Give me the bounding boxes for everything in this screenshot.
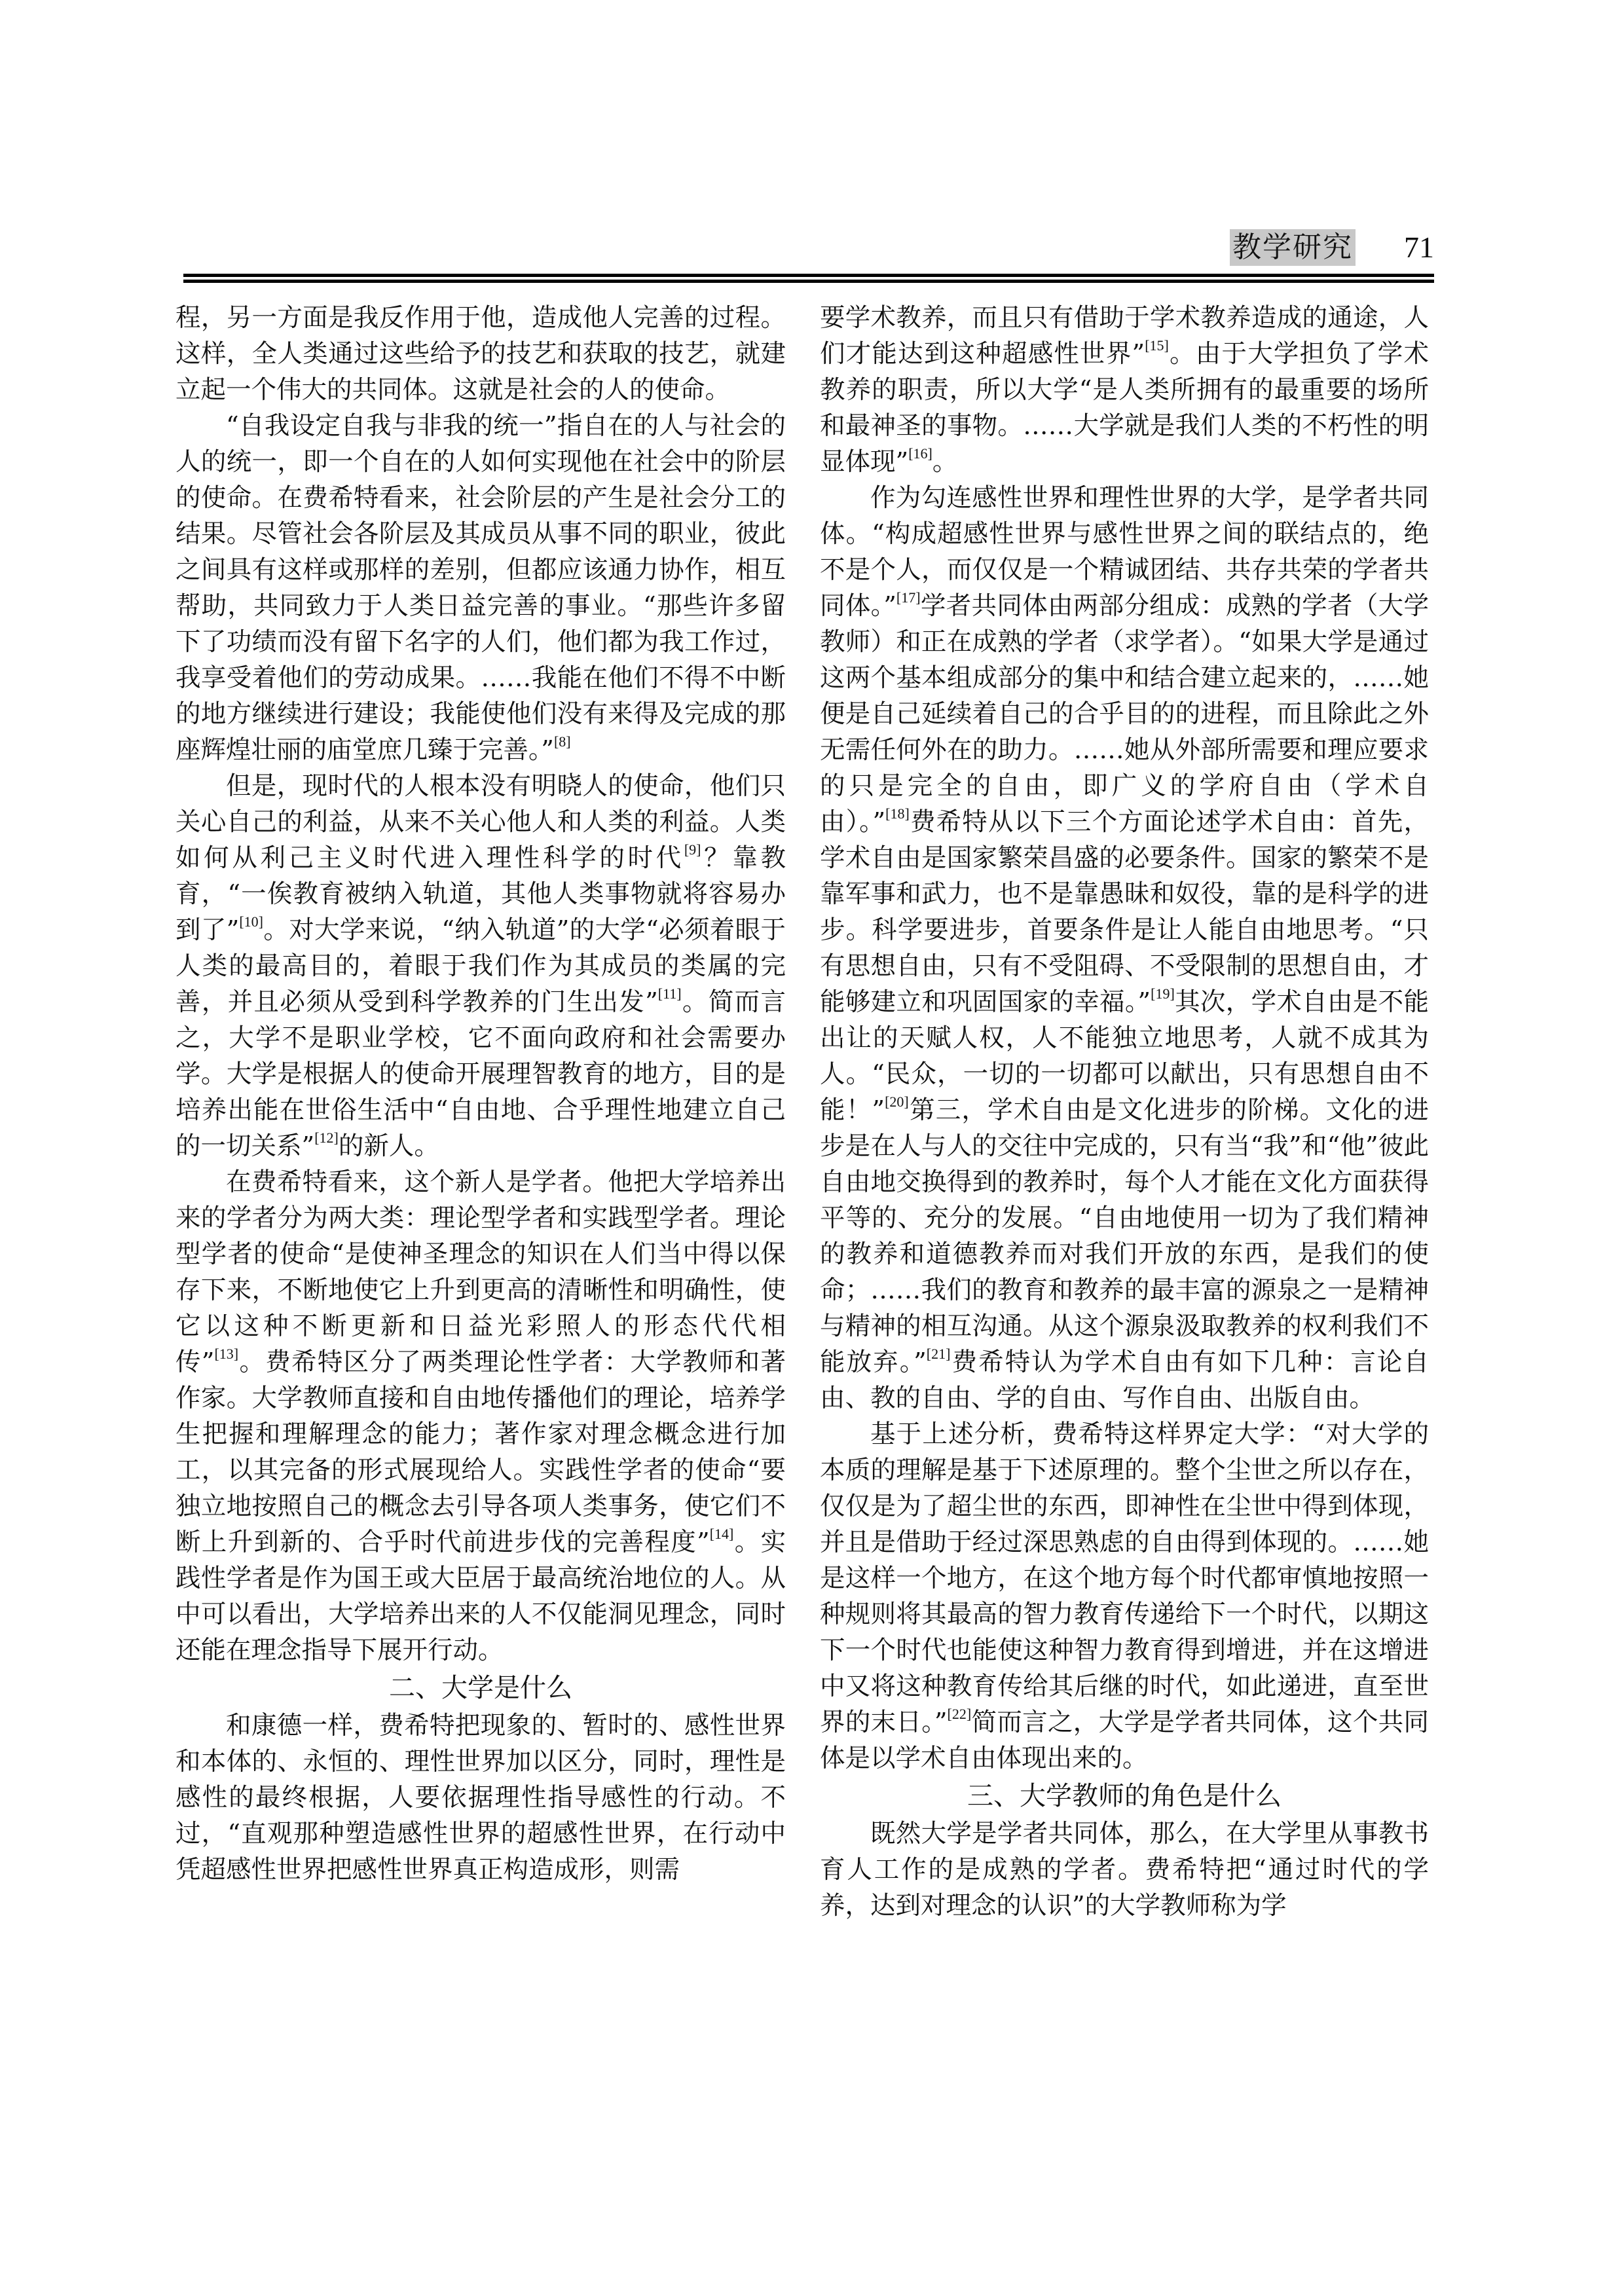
- paragraph: 在费希特看来，这个新人是学者。他把大学培养出来的学者分为两大类：理论型学者和实践…: [175, 1164, 786, 1668]
- section-heading: 二、大学是什么: [175, 1668, 786, 1708]
- citation-ref: [16]: [908, 445, 932, 462]
- paragraph: 基于上述分析，费希特这样界定大学：“对大学的本质的理解是基于下述原理的。整个尘世…: [820, 1416, 1429, 1776]
- citation-ref: [8]: [554, 733, 571, 750]
- page-header: 教学研究 71: [183, 226, 1434, 285]
- right-column: 要学术教养，而且只有借助于学术教养造成的通途，人们才能达到这种超感性世界”[15…: [820, 300, 1429, 1924]
- citation-ref: [13]: [214, 1346, 238, 1362]
- citation-ref: [19]: [1151, 985, 1175, 1002]
- citation-ref: [12]: [314, 1129, 339, 1146]
- paragraph: 既然大学是学者共同体，那么，在大学里从事教书育人工作的是成熟的学者。费希特把“通…: [820, 1816, 1429, 1924]
- header-rule-top: [183, 274, 1434, 277]
- citation-ref: [20]: [885, 1093, 909, 1110]
- citation-ref: [15]: [1145, 337, 1169, 354]
- citation-ref: [9]: [684, 841, 701, 858]
- paragraph: 和康德一样，费希特把现象的、暂时的、感性世界和本体的、永恒的、理性世界加以区分，…: [175, 1708, 786, 1888]
- citation-ref: [10]: [239, 913, 263, 930]
- citation-ref: [22]: [948, 1706, 972, 1722]
- section-heading: 三、大学教师的角色是什么: [820, 1776, 1429, 1816]
- paragraph: 要学术教养，而且只有借助于学术教养造成的通途，人们才能达到这种超感性世界”[15…: [820, 300, 1429, 480]
- header-rule-bottom: [183, 280, 1434, 283]
- paragraph: 程，另一方面是我反作用于他，造成他人完善的过程。这样，全人类通过这些给予的技艺和…: [175, 300, 786, 408]
- left-column: 程，另一方面是我反作用于他，造成他人完善的过程。这样，全人类通过这些给予的技艺和…: [175, 300, 786, 1888]
- section-label: 教学研究: [1230, 229, 1356, 266]
- paragraph: 但是，现时代的人根本没有明晓人的使命，他们只关心自己的利益，从来不关心他人和人类…: [175, 768, 786, 1164]
- page-number: 71: [1404, 229, 1434, 266]
- paragraph: “自我设定自我与非我的统一”指自在的人与社会的人的统一，即一个自在的人如何实现他…: [175, 408, 786, 768]
- citation-ref: [21]: [927, 1346, 951, 1362]
- citation-ref: [18]: [885, 805, 910, 822]
- citation-ref: [17]: [896, 589, 921, 606]
- citation-ref: [11]: [658, 985, 682, 1002]
- citation-ref: [14]: [710, 1526, 734, 1542]
- paragraph: 作为勾连感性世界和理性世界的大学，是学者共同体。“构成超感性世界与感性世界之间的…: [820, 480, 1429, 1416]
